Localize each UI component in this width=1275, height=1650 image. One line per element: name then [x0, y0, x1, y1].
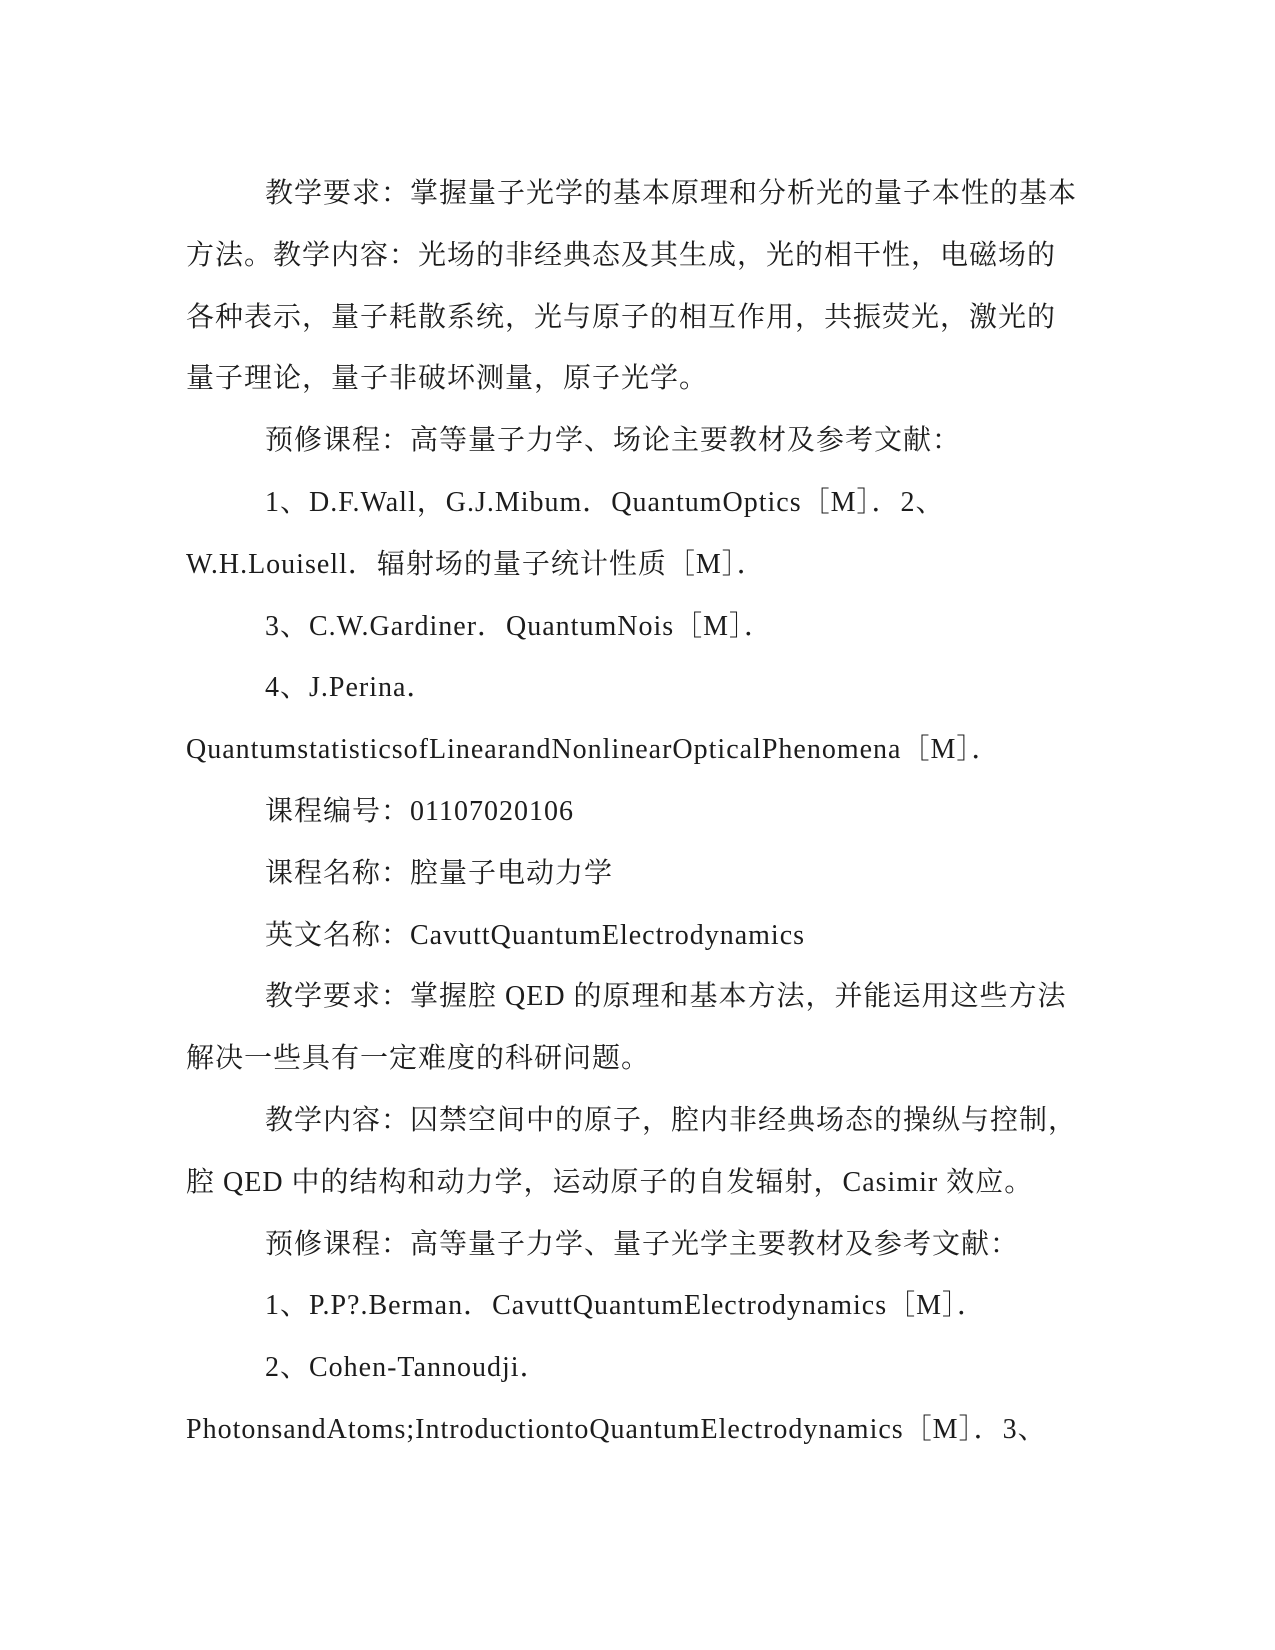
document-page: 教学要求：掌握量子光学的基本原理和分析光的量子本性的基本 方法。教学内容：光场的…	[0, 0, 1275, 1650]
doc-line: QuantumstatisticsofLinearandNonlinearOpt…	[186, 719, 1078, 781]
paragraph-course-name: 课程名称：腔量子电动力学	[186, 843, 1078, 905]
doc-line: 4、J.Perina．	[186, 657, 1078, 719]
doc-line: 1、D.F.Wall，G.J.Mibum．QuantumOptics［M］．2、	[186, 472, 1078, 534]
doc-line: W.H.Louisell．辐射场的量子统计性质［M］．	[186, 534, 1078, 596]
doc-line: 解决一些具有一定难度的科研问题。	[186, 1028, 1078, 1090]
paragraph-teaching-content-cavity-qed: 教学内容：囚禁空间中的原子，腔内非经典场态的操纵与控制， 腔 QED 中的结构和…	[186, 1090, 1078, 1214]
doc-line: 英文名称：CavuttQuantumElectrodynamics	[186, 905, 1078, 967]
paragraph-reference-4: 4、J.Perina． QuantumstatisticsofLinearand…	[186, 657, 1078, 781]
document-text-block: 教学要求：掌握量子光学的基本原理和分析光的量子本性的基本 方法。教学内容：光场的…	[186, 163, 1078, 1461]
doc-line: 方法。教学内容：光场的非经典态及其生成，光的相干性，电磁场的	[186, 225, 1078, 287]
paragraph-prerequisites-quantum-optics: 预修课程：高等量子力学、量子光学主要教材及参考文献：	[186, 1214, 1078, 1276]
paragraph-teaching-requirements-quantum-optics: 教学要求：掌握量子光学的基本原理和分析光的量子本性的基本 方法。教学内容：光场的…	[186, 163, 1078, 410]
doc-line: PhotonsandAtoms;IntroductiontoQuantumEle…	[186, 1399, 1078, 1461]
doc-line: 教学要求：掌握腔 QED 的原理和基本方法，并能运用这些方法	[186, 966, 1078, 1028]
doc-line: 课程名称：腔量子电动力学	[186, 843, 1078, 905]
doc-line: 腔 QED 中的结构和动力学，运动原子的自发辐射，Casimir 效应。	[186, 1152, 1078, 1214]
doc-line: 教学要求：掌握量子光学的基本原理和分析光的量子本性的基本	[186, 163, 1078, 225]
doc-line: 预修课程：高等量子力学、量子光学主要教材及参考文献：	[186, 1214, 1078, 1276]
doc-line: 3、C.W.Gardiner．QuantumNois［M］．	[186, 596, 1078, 658]
paragraph-reference-1-2: 1、D.F.Wall，G.J.Mibum．QuantumOptics［M］．2、…	[186, 472, 1078, 596]
doc-line: 教学内容：囚禁空间中的原子，腔内非经典场态的操纵与控制，	[186, 1090, 1078, 1152]
paragraph-reference-cohen-tannoudji: 2、Cohen-Tannoudji． PhotonsandAtoms;Intro…	[186, 1337, 1078, 1461]
doc-line: 课程编号：01107020106	[186, 781, 1078, 843]
paragraph-english-name: 英文名称：CavuttQuantumElectrodynamics	[186, 905, 1078, 967]
paragraph-reference-berman: 1、P.P?.Berman．CavuttQuantumElectrodynami…	[186, 1275, 1078, 1337]
doc-line: 各种表示，量子耗散系统，光与原子的相互作用，共振荧光，激光的	[186, 287, 1078, 349]
doc-line: 量子理论，量子非破坏测量，原子光学。	[186, 348, 1078, 410]
doc-line: 2、Cohen-Tannoudji．	[186, 1337, 1078, 1399]
paragraph-prerequisites-field-theory: 预修课程：高等量子力学、场论主要教材及参考文献：	[186, 410, 1078, 472]
paragraph-course-number: 课程编号：01107020106	[186, 781, 1078, 843]
doc-line: 1、P.P?.Berman．CavuttQuantumElectrodynami…	[186, 1275, 1078, 1337]
paragraph-reference-3: 3、C.W.Gardiner．QuantumNois［M］．	[186, 596, 1078, 658]
doc-line: 预修课程：高等量子力学、场论主要教材及参考文献：	[186, 410, 1078, 472]
paragraph-teaching-requirements-cavity-qed: 教学要求：掌握腔 QED 的原理和基本方法，并能运用这些方法 解决一些具有一定难…	[186, 966, 1078, 1090]
